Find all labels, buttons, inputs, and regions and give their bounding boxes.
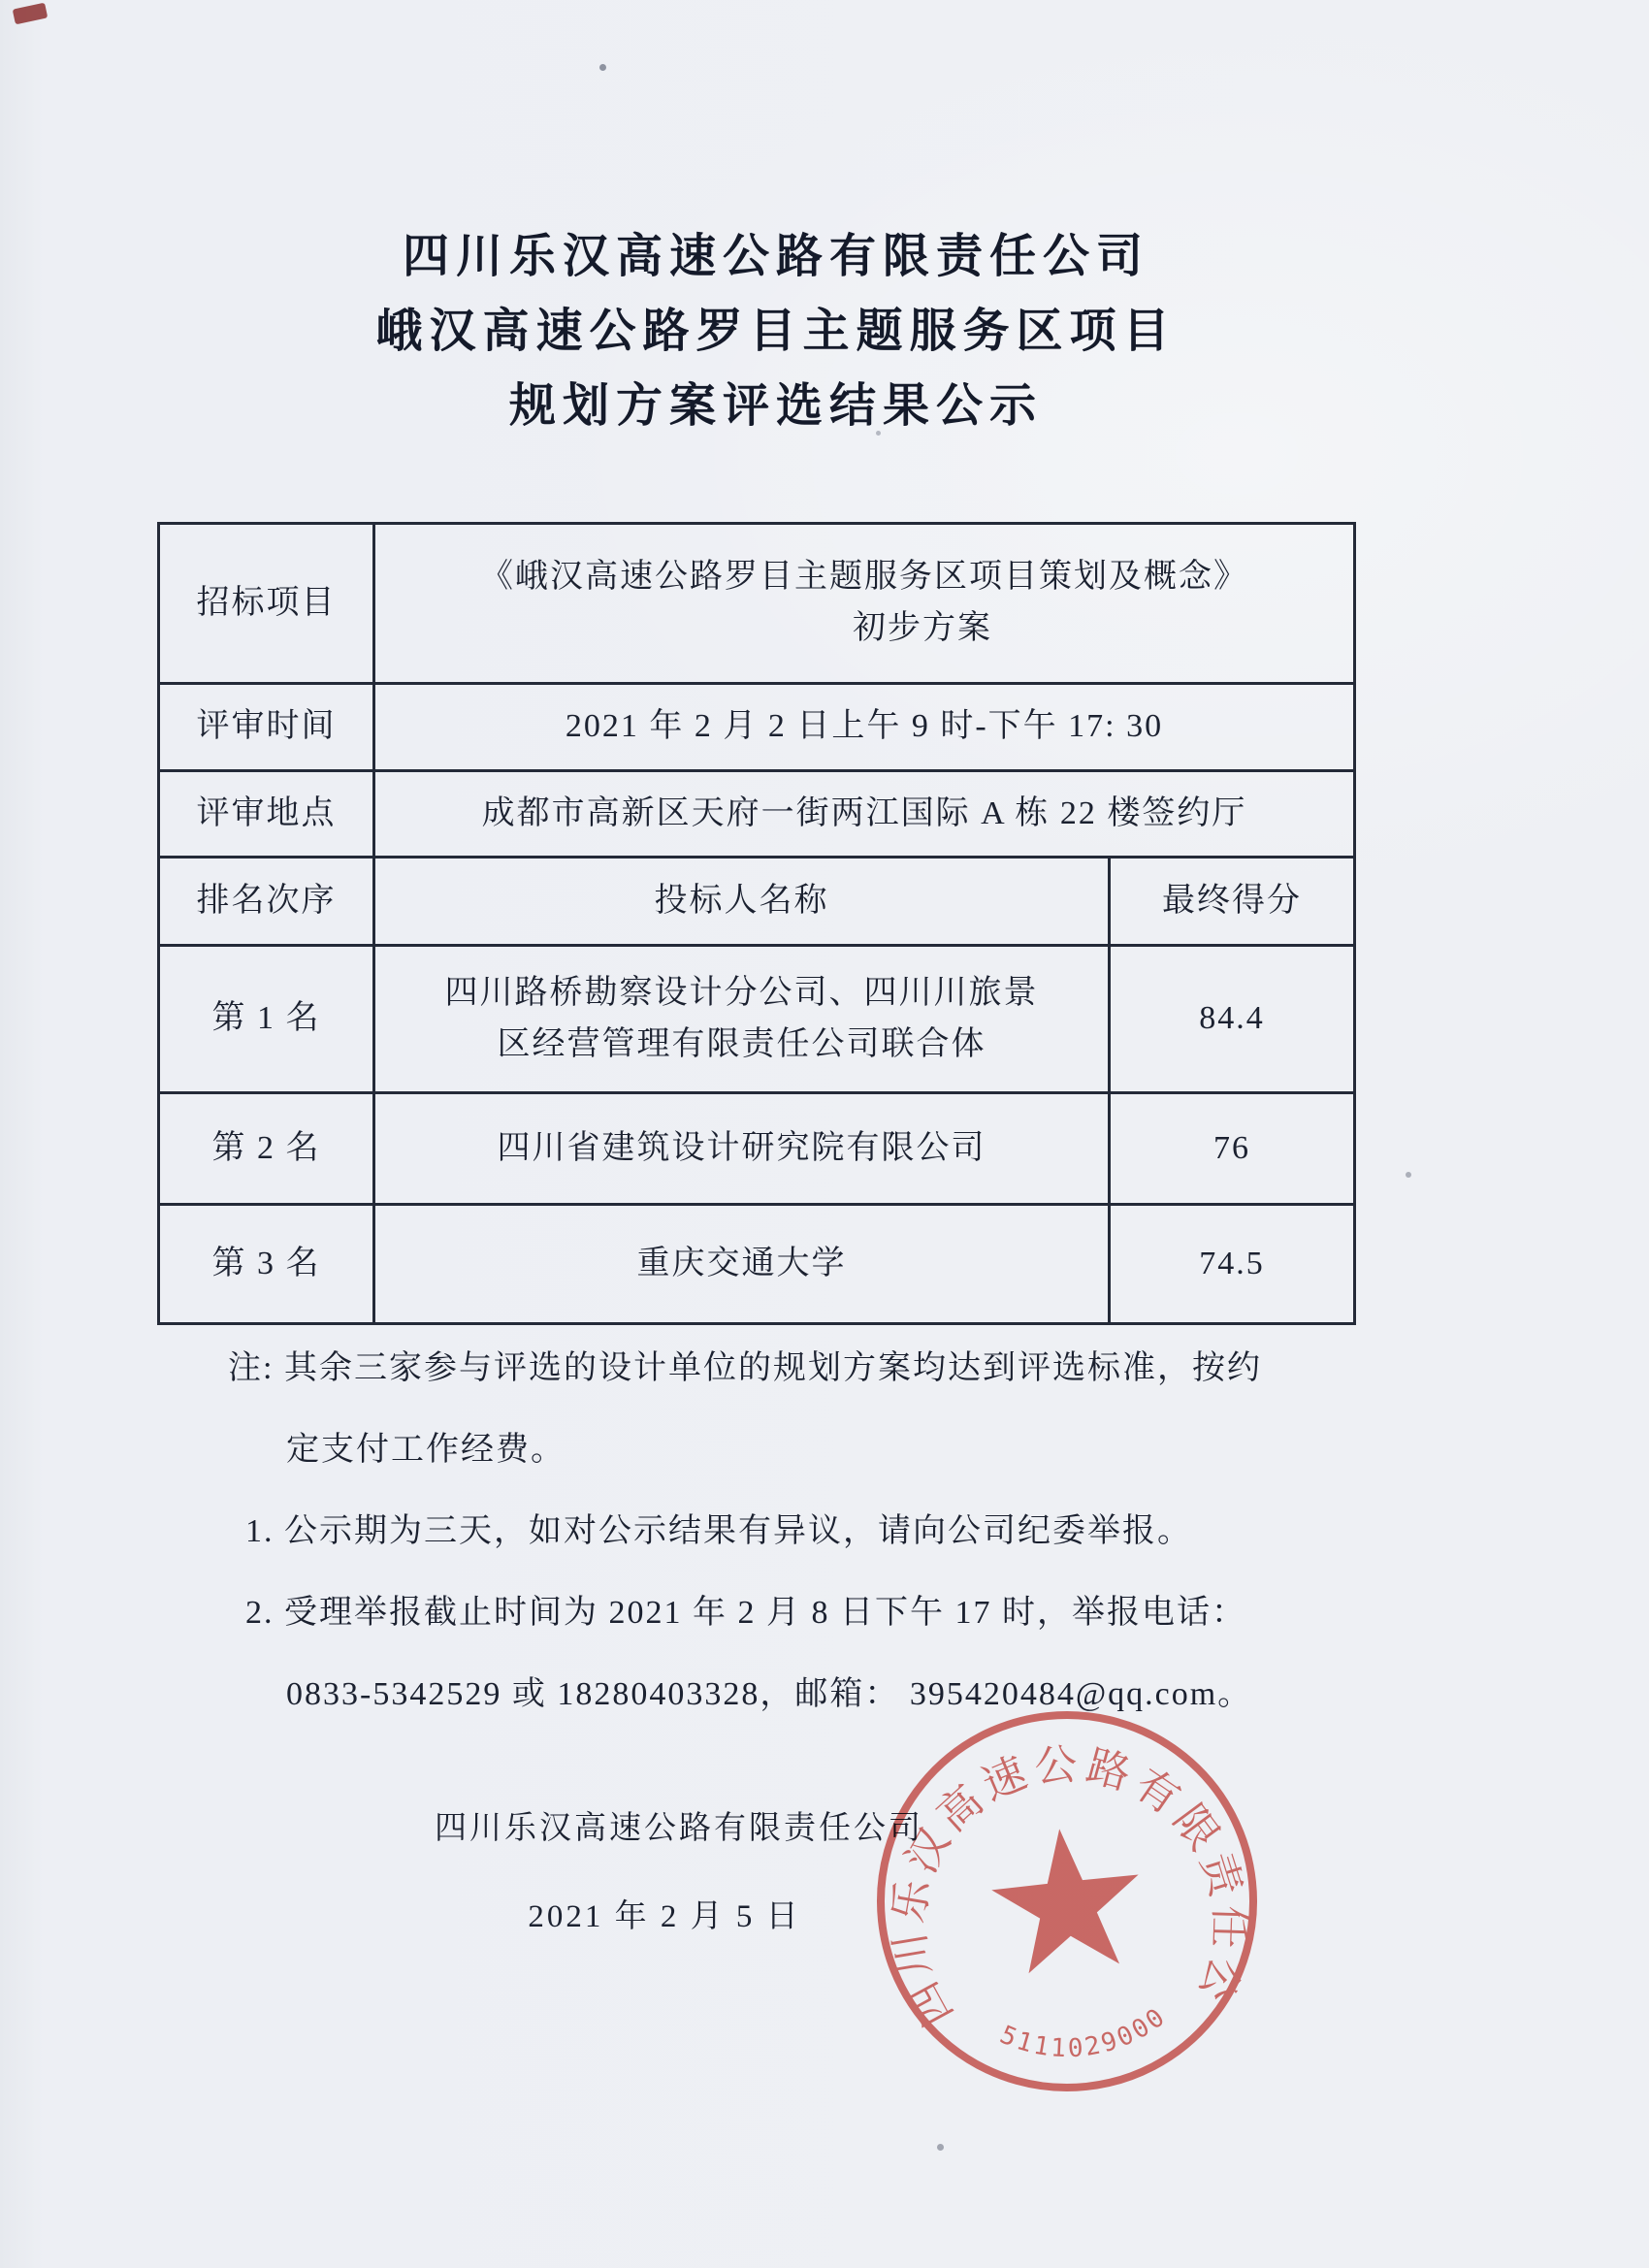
rank-1-cell: 第 1 名 [159, 946, 374, 1093]
scan-speck [937, 2144, 944, 2151]
table-row-rank-2: 第 2 名 四川省建筑设计研究院有限公司 76 [159, 1093, 1355, 1205]
title-line-3: 规划方案评选结果公示 [155, 369, 1397, 443]
document-title: 四川乐汉高速公路有限责任公司 峨汉高速公路罗目主题服务区项目 规划方案评选结果公… [155, 219, 1397, 443]
rank-2-bidder: 四川省建筑设计研究院有限公司 [374, 1093, 1110, 1205]
table-row-rank-3: 第 3 名 重庆交通大学 74.5 [159, 1205, 1355, 1324]
review-place-label: 评审地点 [159, 771, 374, 858]
seal-star-icon [986, 1821, 1147, 1976]
review-time-value: 2021 年 2 月 2 日上午 9 时-下午 17: 30 [374, 684, 1355, 771]
rank-column-header: 排名次序 [159, 858, 374, 946]
bidder-column-header: 投标人名称 [374, 858, 1110, 946]
table-row-review-time: 评审时间 2021 年 2 月 2 日上午 9 时-下午 17: 30 [159, 684, 1355, 771]
rank-1-bidder-line2: 区经营管理有限责任公司联合体 [381, 1020, 1102, 1071]
bid-project-label: 招标项目 [159, 524, 374, 684]
rank-1-score: 84.4 [1110, 946, 1355, 1093]
title-line-1: 四川乐汉高速公路有限责任公司 [155, 219, 1397, 294]
scan-speck [1406, 1172, 1411, 1178]
table-row-review-place: 评审地点 成都市高新区天府一街两江国际 A 栋 22 楼签约厅 [159, 771, 1355, 858]
note-line-2: 定支付工作经费。 [155, 1432, 1387, 1469]
note-line-1: 注: 其余三家参与评选的设计单位的规划方案均达到评选标准，按约 [155, 1350, 1387, 1387]
scan-speck [599, 64, 606, 71]
review-place-value: 成都市高新区天府一街两江国际 A 栋 22 楼签约厅 [374, 771, 1355, 858]
rank-1-bidder: 四川路桥勘察设计分公司、四川川旅景 区经营管理有限责任公司联合体 [374, 946, 1110, 1093]
rank-2-score: 76 [1110, 1093, 1355, 1205]
evaluation-result-table: 招标项目 《峨汉高速公路罗目主题服务区项目策划及概念》 初步方案 评审时间 20… [157, 522, 1356, 1325]
score-column-header: 最终得分 [1110, 858, 1355, 946]
bid-project-value: 《峨汉高速公路罗目主题服务区项目策划及概念》 初步方案 [374, 524, 1355, 684]
table-row-bid-project: 招标项目 《峨汉高速公路罗目主题服务区项目策划及概念》 初步方案 [159, 524, 1355, 684]
review-time-label: 评审时间 [159, 684, 374, 771]
note-item-2-line1: 2. 受理举报截止时间为 2021 年 2 月 8 日下午 17 时，举报电话： [155, 1595, 1387, 1632]
title-line-2: 峨汉高速公路罗目主题服务区项目 [155, 294, 1397, 369]
official-seal: 四川乐汉高速公路有限责任公司 511102900024 [822, 1656, 1312, 2147]
rank-3-cell: 第 3 名 [159, 1205, 374, 1324]
rank-3-bidder: 重庆交通大学 [374, 1205, 1110, 1324]
table-header-row: 排名次序 投标人名称 最终得分 [159, 858, 1355, 946]
table-row-rank-1: 第 1 名 四川路桥勘察设计分公司、四川川旅景 区经营管理有限责任公司联合体 8… [159, 946, 1355, 1093]
scan-corner-mark [13, 3, 48, 25]
rank-1-bidder-line1: 四川路桥勘察设计分公司、四川川旅景 [381, 968, 1102, 1020]
rank-2-cell: 第 2 名 [159, 1093, 374, 1205]
bid-project-value-line1: 《峨汉高速公路罗目主题服务区项目策划及概念》 [381, 552, 1347, 603]
document-page: 四川乐汉高速公路有限责任公司 峨汉高速公路罗目主题服务区项目 规划方案评选结果公… [0, 0, 1649, 2268]
rank-3-score: 74.5 [1110, 1205, 1355, 1324]
bid-project-value-line2: 初步方案 [381, 603, 1347, 655]
note-item-1: 1. 公示期为三天，如对公示结果有异议，请向公司纪委举报。 [155, 1513, 1387, 1550]
